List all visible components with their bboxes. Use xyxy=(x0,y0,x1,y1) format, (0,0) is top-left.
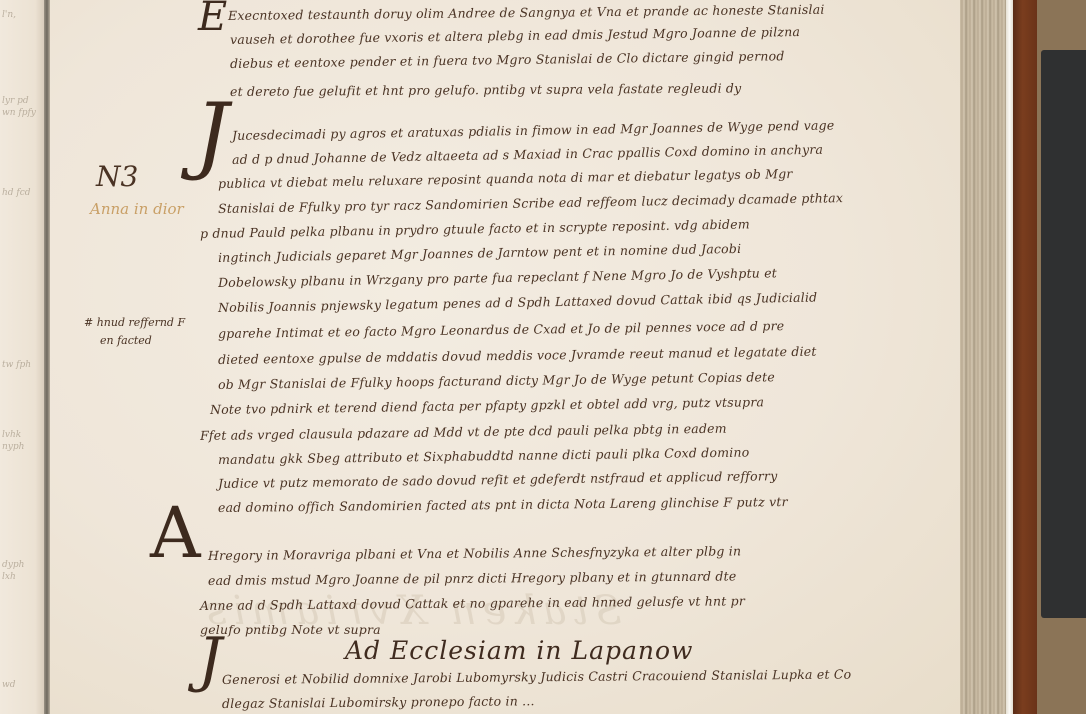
facing-page-ghost-text: wd xyxy=(2,680,15,691)
text-line: Jucesdecimadi py agros et aratuxas pdial… xyxy=(232,117,835,143)
facing-page-ghost-text: lxh xyxy=(2,572,16,583)
decorated-initial-j: J xyxy=(195,92,229,176)
decorated-initial-g: J xyxy=(198,630,222,690)
text-line: publica vt diebat melu reluxare reposint… xyxy=(218,166,793,191)
facing-page-ghost-text: nyph xyxy=(2,442,24,453)
text-line: gelufo pntibg Note vt supra xyxy=(200,622,381,637)
facing-page-ghost-text: lvhk xyxy=(2,430,21,441)
text-line: vauseh et dorothee fue vxoris et altera … xyxy=(230,24,800,47)
facing-page-edge: l'n, lyr pd wn fpfy hd fcd tw fph lvhk n… xyxy=(0,0,44,714)
text-line: p dnud Pauld pelka plbanu in prydro gtuu… xyxy=(200,216,750,241)
text-line: Dobelowsky plbanu in Wrzgany pro parte f… xyxy=(218,265,777,290)
page-block-edge xyxy=(960,0,1010,714)
text-line: Note tvo pdnirk et terend diend facta pe… xyxy=(210,394,764,417)
text-line: ead domino offich Sandomirien facted ats… xyxy=(218,494,788,515)
text-line: ingtinch Judicials geparet Mgr Joannes d… xyxy=(218,241,741,265)
text-line: ead dmis mstud Mgro Joanne de pil pnrz d… xyxy=(208,568,737,588)
facing-page-ghost-text: tw fph xyxy=(2,360,31,371)
margin-note: en facted xyxy=(100,334,152,347)
decorated-initial-a: A xyxy=(150,498,201,568)
text-line: Generosi et Nobilid domnixe Jarobi Lubom… xyxy=(222,667,851,687)
text-line: mandatu gkk Sbeg attributo et Sixphabudd… xyxy=(218,445,750,467)
text-line: gparehe Intimat et eo facto Mgro Leonard… xyxy=(218,318,785,341)
text-line: Judice vt putz memorato de sado dovud re… xyxy=(218,468,778,491)
text-line: ad d p dnud Johanne de Vedz altaeeta ad … xyxy=(232,142,823,167)
text-line: Hregory in Moravriga plbani et Vna et No… xyxy=(208,543,741,563)
facing-page-ghost-text: dyph xyxy=(2,560,24,571)
facing-page-ghost-text: lyr pd xyxy=(2,96,29,107)
text-line: Nobilis Joannis pnjewsky legatum penes a… xyxy=(218,290,818,315)
text-line: Execntoxed testaunth doruy olim Andree d… xyxy=(228,2,825,23)
margin-note-red: Anna in dior xyxy=(90,200,184,218)
text-line: dieted eentoxe gpulse de mddatis dovud m… xyxy=(218,344,817,367)
text-line: diebus et eentoxe pender et in fuera tvo… xyxy=(230,48,785,71)
text-line: Ffet ads vrged clausula pdazare ad Mdd v… xyxy=(200,421,727,443)
margin-symbol: N3 xyxy=(96,160,138,193)
text-line: et dereto fue gelufit et hnt pro gelufo.… xyxy=(230,80,741,99)
text-line: dlegaz Stanislai Lubomirsky pronepo fact… xyxy=(222,693,535,711)
margin-note: # hnud reffernd F xyxy=(84,316,185,329)
text-line: Stanislai de Ffulky pro tyr racz Sandomi… xyxy=(218,190,843,216)
manuscript-page: Staken Xvriamis E Execntoxed testaunth d… xyxy=(50,0,960,714)
binding-board xyxy=(1013,0,1037,714)
section-heading: Ad Ecclesiam in Lapanow xyxy=(345,636,693,665)
text-line: ob Mgr Stanislai de Ffulky hoops factura… xyxy=(218,369,775,392)
page-fore-edge xyxy=(1006,0,1013,714)
facing-page-ghost-text: wn fpfy xyxy=(2,108,36,119)
facing-page-ghost-text: l'n, xyxy=(2,10,16,21)
facing-page-ghost-text: hd fcd xyxy=(2,188,31,199)
cloth-cover-patch xyxy=(1041,50,1086,618)
decorated-initial-e: E xyxy=(198,0,227,40)
